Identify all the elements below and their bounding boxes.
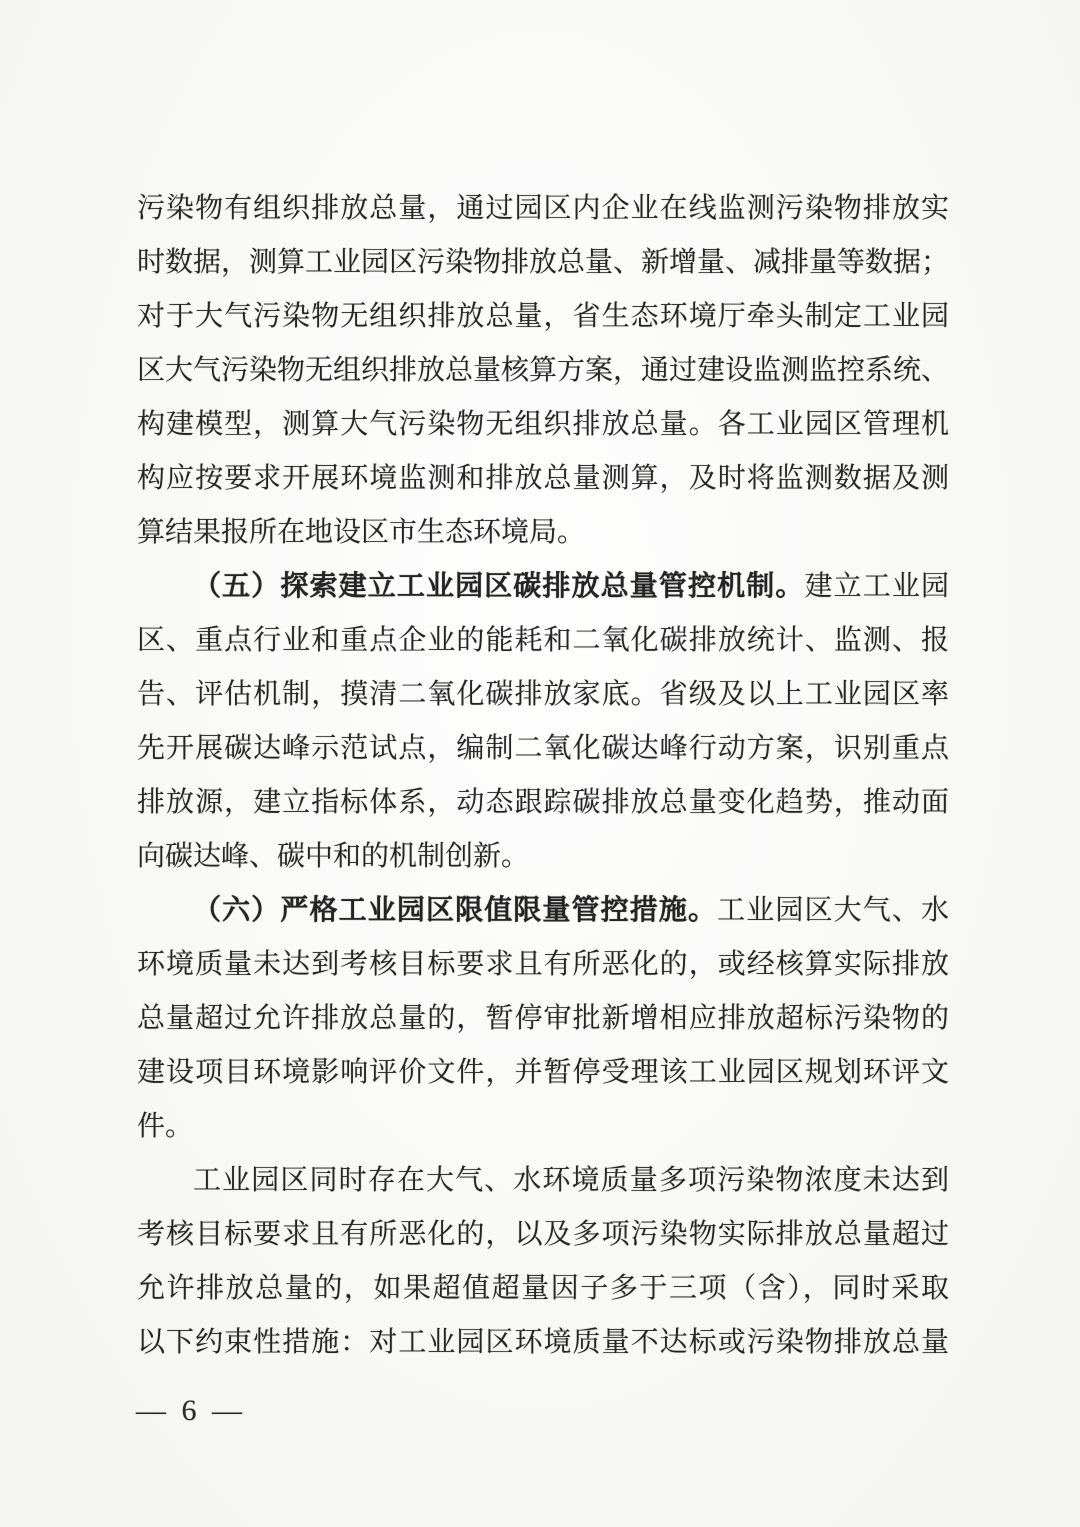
text-line: 区、重点行业和重点企业的能耗和二氧化碳排放统计、监测、报 [137, 614, 949, 668]
text-line: 排放源，建立指标体系，动态跟踪碳排放总量变化趋势，推动面 [137, 776, 949, 830]
text-line: 对于大气污染物无组织排放总量，省生态环境厅牵头制定工业园 [137, 290, 949, 344]
text-line: 向碳达峰、碳中和的机制创新。 [137, 830, 949, 884]
text-line: 以下约束性措施：对工业园区环境质量不达标或污染物排放总量 [137, 1316, 949, 1370]
text-line: 告、评估机制，摸清二氧化碳排放家底。省级及以上工业园区率 [137, 668, 949, 722]
document-page: 污染物有组织排放总量，通过园区内企业在线监测污染物排放实时数据，测算工业园区污染… [0, 0, 1080, 1527]
text-line: （六）严格工业园区限值限量管控措施。工业园区大气、水 [137, 884, 949, 938]
text-line: 算结果报所在地设区市生态环境局。 [137, 506, 949, 560]
text-line: 件。 [137, 1100, 949, 1154]
text-line: 工业园区同时存在大气、水环境质量多项污染物浓度未达到 [137, 1154, 949, 1208]
text-line: （五）探索建立工业园区碳排放总量管控机制。建立工业园 [137, 560, 949, 614]
text-line: 环境质量未达到考核目标要求且有所恶化的，或经核算实际排放 [137, 938, 949, 992]
text-line: 区大气污染物无组织排放总量核算方案，通过建设监测监控系统、 [137, 344, 949, 398]
text-line: 允许排放总量的，如果超值超量因子多于三项（含），同时采取 [137, 1262, 949, 1316]
text-line: 考核目标要求且有所恶化的，以及多项污染物实际排放总量超过 [137, 1208, 949, 1262]
text-line: 时数据，测算工业园区污染物排放总量、新增量、减排量等数据； [137, 236, 949, 290]
text-line: 构建模型，测算大气污染物无组织排放总量。各工业园区管理机 [137, 398, 949, 452]
text-line: 污染物有组织排放总量，通过园区内企业在线监测污染物排放实 [137, 182, 949, 236]
document-text-block: 污染物有组织排放总量，通过园区内企业在线监测污染物排放实时数据，测算工业园区污染… [137, 182, 949, 1370]
page-number: — 6 — [136, 1391, 246, 1431]
section-heading: （五）探索建立工业园区碳排放总量管控机制。 [193, 571, 805, 602]
text-line: 总量超过允许排放总量的，暂停审批新增相应排放超标污染物的 [137, 992, 949, 1046]
section-heading: （六）严格工业园区限值限量管控措施。 [193, 895, 717, 926]
text-line: 先开展碳达峰示范试点，编制二氧化碳达峰行动方案，识别重点 [137, 722, 949, 776]
text-line: 构应按要求开展环境监测和排放总量测算，及时将监测数据及测 [137, 452, 949, 506]
text-line: 建设项目环境影响评价文件，并暂停受理该工业园区规划环评文 [137, 1046, 949, 1100]
